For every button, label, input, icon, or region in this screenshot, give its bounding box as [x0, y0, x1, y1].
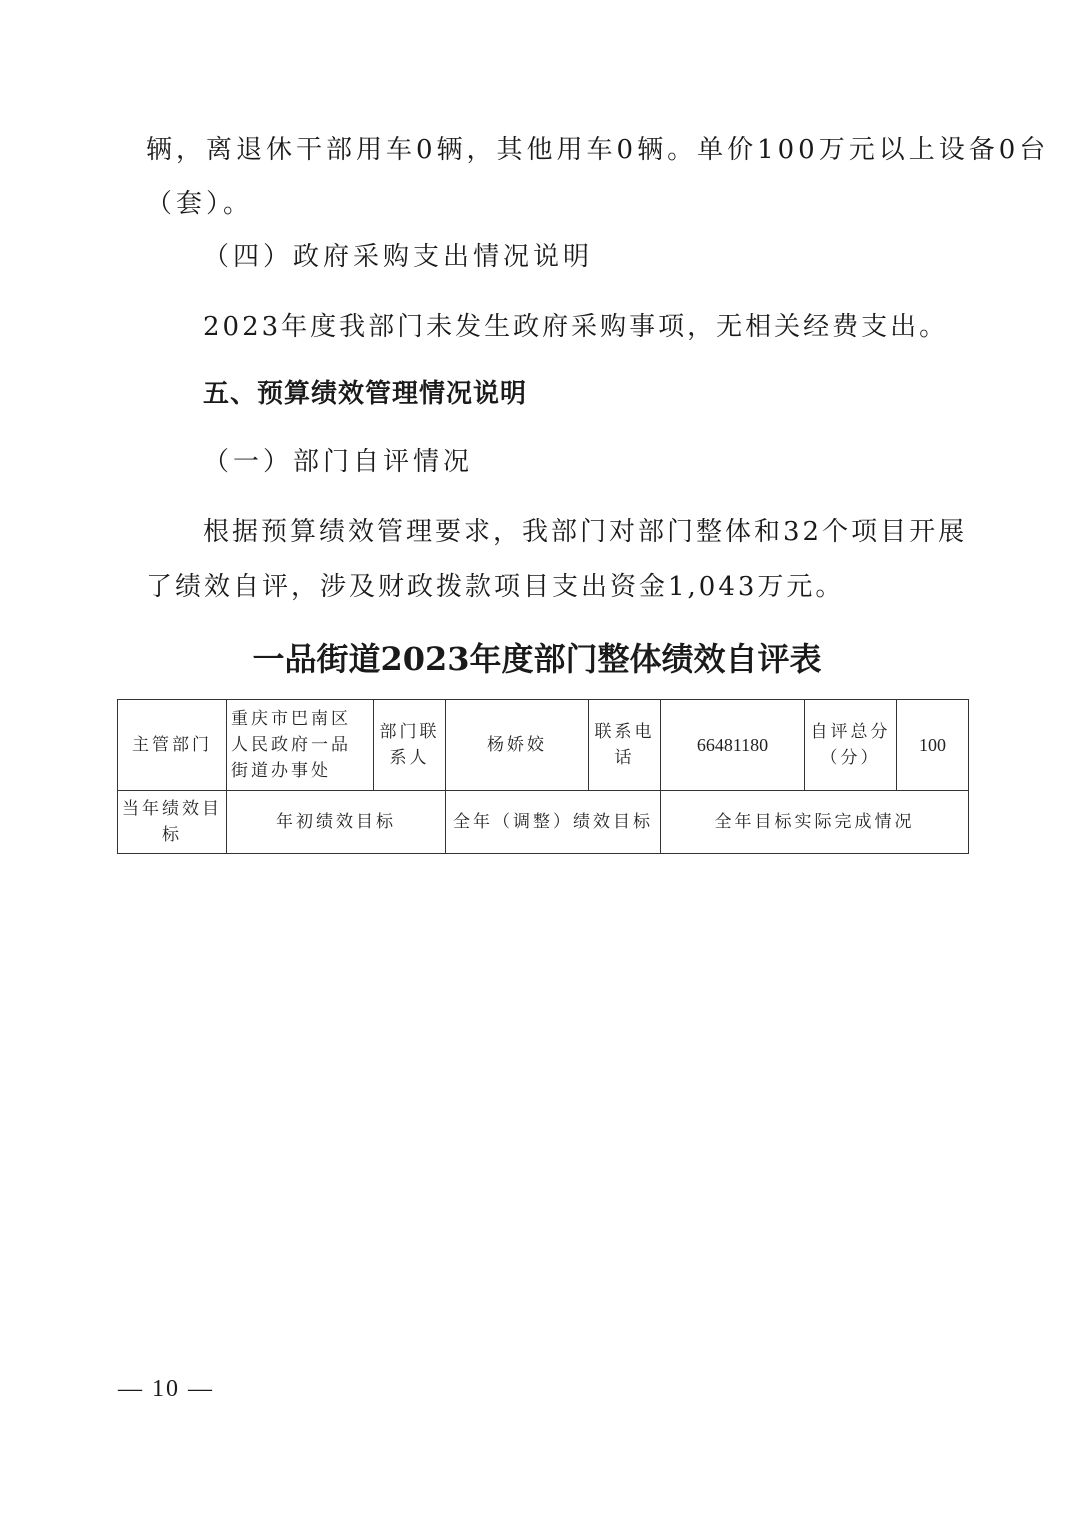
contact-value: 杨娇姣: [446, 700, 589, 791]
header-adjusted-goal: 全年（调整）绩效目标: [446, 791, 661, 854]
label-self-score: 自评总分（分）: [805, 700, 897, 791]
self-score-value: 100: [897, 700, 969, 791]
paragraph-line: 了绩效自评，涉及财政拨款项目支出资金1,043万元。: [146, 571, 844, 603]
label-phone: 联系电话: [589, 700, 661, 791]
performance-evaluation-table: 主管部门 重庆市巴南区人民政府一品街道办事处 部门联系人 杨娇姣 联系电话 66…: [117, 699, 969, 854]
subheading-self-evaluation: （一）部门自评情况: [203, 446, 473, 478]
label-supervising-dept: 主管部门: [118, 700, 227, 791]
table-title: 一品街道2023年度部门整体绩效自评表: [0, 634, 1074, 680]
section-heading-budget-performance: 五、预算绩效管理情况说明: [203, 378, 527, 410]
label-annual-goal: 当年绩效目标: [118, 791, 227, 854]
table-row: 当年绩效目标 年初绩效目标 全年（调整）绩效目标 全年目标实际完成情况: [118, 791, 969, 854]
page-number: — 10 —: [118, 1376, 214, 1403]
label-dept-contact: 部门联系人: [374, 700, 446, 791]
paragraph-procurement: 2023年度我部门未发生政府采购事项，无相关经费支出。: [203, 311, 948, 343]
paragraph-line: 辆，离退休干部用车0辆，其他用车0辆。单价100万元以上设备0台: [146, 134, 1049, 166]
supervising-dept-value: 重庆市巴南区人民政府一品街道办事处: [227, 700, 374, 791]
paragraph-line: （套）。: [146, 188, 253, 220]
header-initial-goal: 年初绩效目标: [227, 791, 446, 854]
table-row: 主管部门 重庆市巴南区人民政府一品街道办事处 部门联系人 杨娇姣 联系电话 66…: [118, 700, 969, 791]
phone-value: 66481180: [661, 700, 805, 791]
paragraph-line: 根据预算绩效管理要求，我部门对部门整体和32个项目开展: [203, 516, 967, 548]
header-actual-completion: 全年目标实际完成情况: [661, 791, 969, 854]
subheading-government-procurement: （四）政府采购支出情况说明: [203, 241, 593, 273]
